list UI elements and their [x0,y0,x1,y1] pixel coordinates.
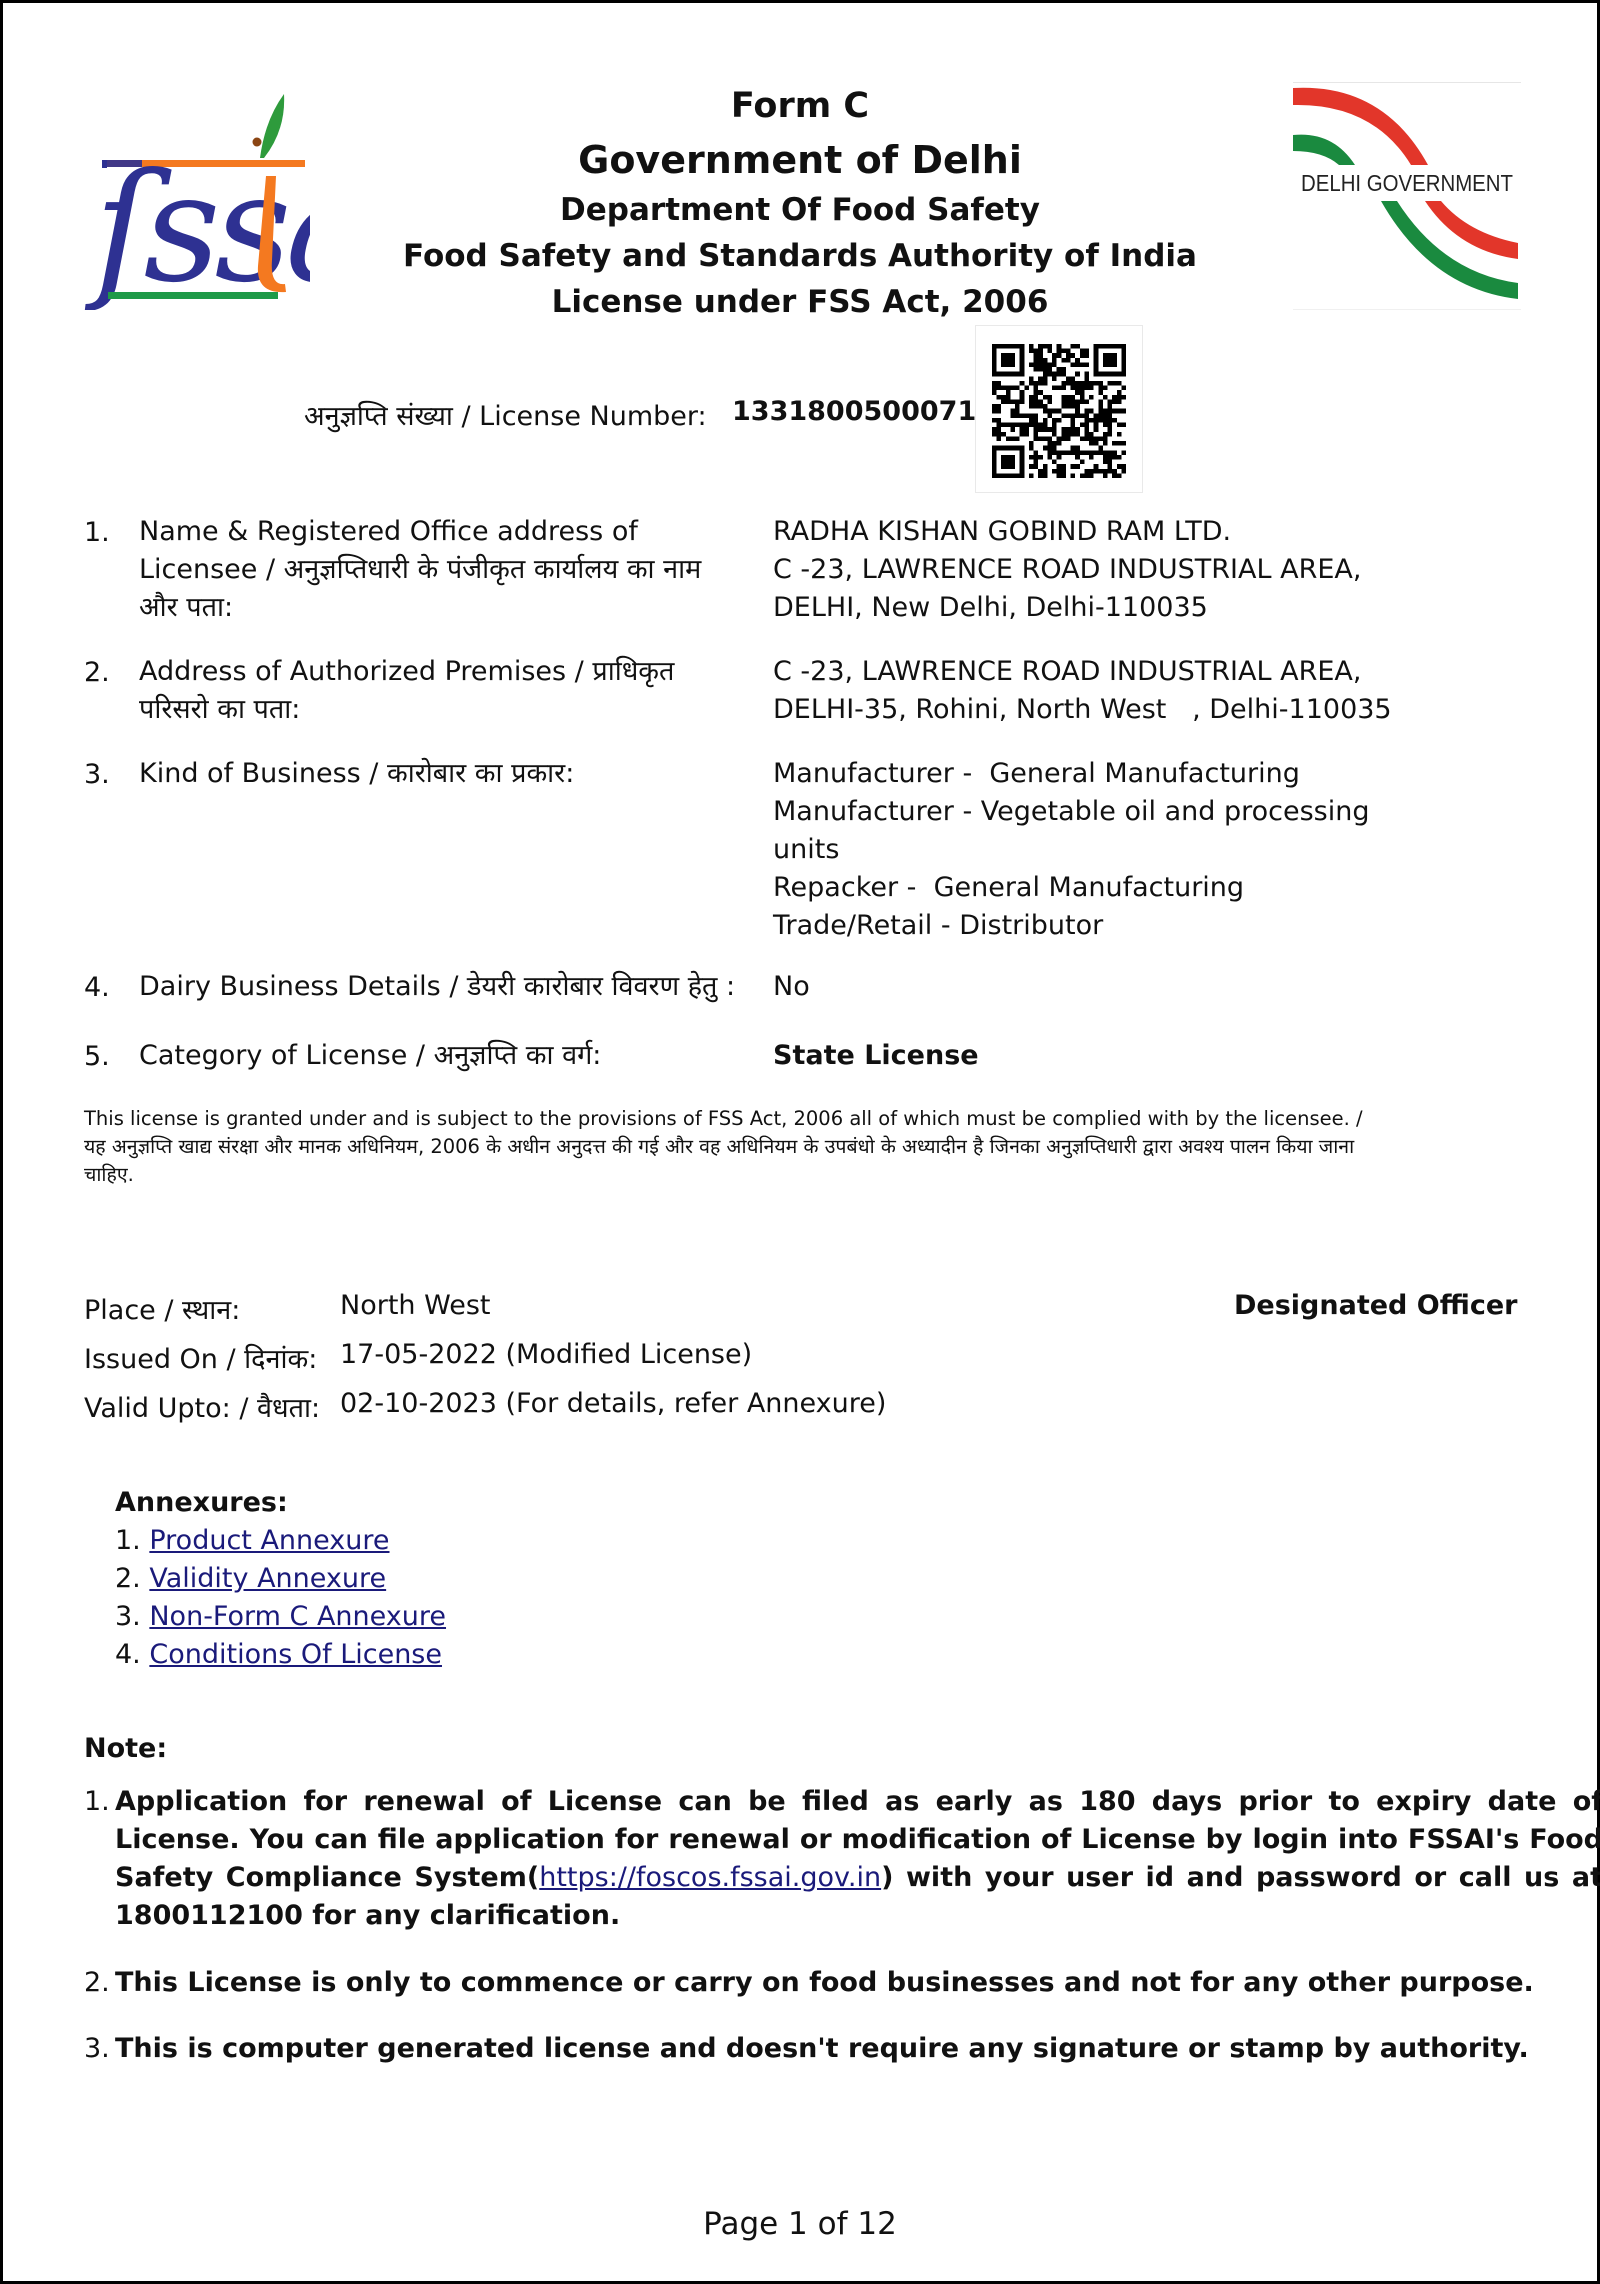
fssai-logo: ſssa [80,80,310,310]
item-label: Kind of Business / कारोबार का प्रकार: [139,755,739,793]
annexure-item: 1. Product Annexure [115,1525,390,1556]
item-value-line: Repacker - General Manufacturing [773,869,1369,907]
item-label: Category of License / अनुज्ञप्ति का वर्ग… [139,1037,739,1075]
item-value-line: Trade/Retail - Distributor [773,907,1369,945]
item-value-line: C -23, LAWRENCE ROAD INDUSTRIAL AREA, [773,551,1361,589]
government-title: Government of Delhi [400,138,1200,182]
place-value: North West [340,1290,490,1321]
license-number-label: अनुज्ञप्ति संख्या / License Number: [304,396,707,433]
annexure-number: 3. [115,1601,141,1632]
authority-title: Food Safety and Standards Authority of I… [400,238,1200,274]
product-annexure-link[interactable]: Product Annexure [149,1525,389,1556]
annexure-item: 3. Non-Form C Annexure [115,1601,446,1632]
validity-annexure-link[interactable]: Validity Annexure [149,1563,386,1594]
annexure-number: 4. [115,1639,141,1670]
item-value-line: No [773,968,810,1006]
form-title: Form C [400,86,1200,126]
item-value: Manufacturer - General ManufacturingManu… [773,755,1369,945]
note-text: This is computer generated license and d… [115,2030,1600,2068]
item-label: Address of Authorized Premises / प्राधिक… [139,653,739,729]
note-title: Note: [84,1733,167,1764]
fssai-logo-icon: ſssa [80,80,310,310]
item-number: 5. [84,1041,110,1072]
item-number: 1. [84,517,110,548]
note-text: This License is only to commence or carr… [115,1964,1600,2002]
delhi-government-logo: DELHI GOVERNMENT [1293,82,1521,310]
annexure-number: 1. [115,1525,141,1556]
department-title: Department Of Food Safety [400,192,1200,228]
annexure-number: 2. [115,1563,141,1594]
item-value-line: RADHA KISHAN GOBIND RAM LTD. [773,513,1361,551]
item-value: RADHA KISHAN GOBIND RAM LTD.C -23, LAWRE… [773,513,1361,627]
item-value-line: DELHI-35, Rohini, North West , Delhi-110… [773,691,1392,729]
item-value-line: units [773,831,1369,869]
item-number: 4. [84,972,110,1003]
item-value-line: Manufacturer - Vegetable oil and process… [773,793,1369,831]
non-form-c-annexure-link[interactable]: Non-Form C Annexure [149,1601,446,1632]
foscos-link[interactable]: https://foscos.fssai.gov.in [539,1862,881,1893]
annexures-title: Annexures: [115,1487,288,1518]
page-number: Page 1 of 12 [0,2206,1600,2242]
annexure-item: 2. Validity Annexure [115,1563,386,1594]
item-value-line: C -23, LAWRENCE ROAD INDUSTRIAL AREA, [773,653,1392,691]
license-disclaimer: This license is granted under and is sub… [84,1105,1384,1189]
conditions-of-license-link[interactable]: Conditions Of License [149,1639,442,1670]
item-label: Dairy Business Details / डेयरी कारोबार व… [139,968,739,1006]
valid-upto-value: 02-10-2023 (For details, refer Annexure) [340,1388,886,1419]
designated-officer: Designated Officer [1234,1290,1517,1321]
item-value-line: State License [773,1037,979,1075]
note-number: 3. [84,2030,110,2068]
item-label: Name & Registered Office address of Lice… [139,513,739,627]
place-label: Place / स्थान: [84,1290,240,1327]
annexure-item: 4. Conditions Of License [115,1639,442,1670]
item-value-line: Manufacturer - General Manufacturing [773,755,1369,793]
item-value: C -23, LAWRENCE ROAD INDUSTRIAL AREA,DEL… [773,653,1392,729]
item-number: 2. [84,657,110,688]
valid-upto-label: Valid Upto: / वैधता: [84,1388,320,1425]
license-act-title: License under FSS Act, 2006 [400,284,1200,320]
note-number: 2. [84,1964,110,2002]
issued-on-value: 17-05-2022 (Modified License) [340,1339,752,1370]
note-text: Application for renewal of License can b… [115,1783,1600,1935]
item-value-line: DELHI, New Delhi, Delhi-110035 [773,589,1361,627]
delhi-government-logo-icon: DELHI GOVERNMENT [1293,83,1521,309]
license-number-value: 13318005000716 [732,396,995,427]
note-number: 1. [84,1783,110,1821]
item-value: No [773,968,810,1006]
issued-on-label: Issued On / दिनांक: [84,1339,317,1376]
svg-text:DELHI GOVERNMENT: DELHI GOVERNMENT [1301,170,1513,196]
item-value: State License [773,1037,979,1075]
item-number: 3. [84,759,110,790]
qr-code [975,325,1143,493]
qr-code-icon [992,344,1126,478]
